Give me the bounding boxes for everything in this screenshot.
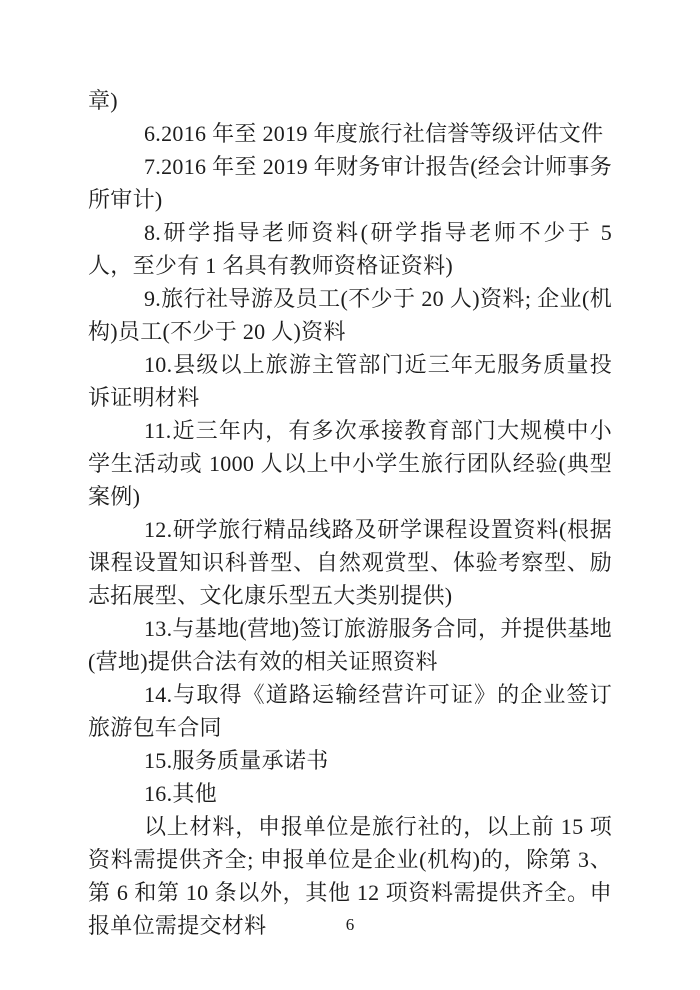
list-item-13: 13.与基地(营地)签订旅游服务合同，并提供基地(营地)提供合法有效的相关证照资… bbox=[88, 612, 612, 678]
document-body: 章) 6.2016 年至 2019 年度旅行社信誉等级评估文件 7.2016 年… bbox=[88, 84, 612, 942]
list-item-14: 14.与取得《道路运输经营许可证》的企业签订旅游包车合同 bbox=[88, 678, 612, 744]
list-item-7: 7.2016 年至 2019 年财务审计报告(经会计师事务所审计) bbox=[88, 150, 612, 216]
paragraph-continuation: 章) bbox=[88, 84, 612, 117]
list-item-16: 16.其他 bbox=[88, 777, 612, 810]
list-item-8: 8.研学指导老师资料(研学指导老师不少于 5 人，至少有 1 名具有教师资格证资… bbox=[88, 216, 612, 282]
list-item-6: 6.2016 年至 2019 年度旅行社信誉等级评估文件 bbox=[88, 117, 612, 150]
list-item-9: 9.旅行社导游及员工(不少于 20 人)资料; 企业(机构)员工(不少于 20 … bbox=[88, 282, 612, 348]
list-item-10: 10.县级以上旅游主管部门近三年无服务质量投诉证明材料 bbox=[88, 348, 612, 414]
list-item-15: 15.服务质量承诺书 bbox=[88, 744, 612, 777]
list-item-12: 12.研学旅行精品线路及研学课程设置资料(根据课程设置知识科普型、自然观赏型、体… bbox=[88, 513, 612, 612]
page-number: 6 bbox=[0, 912, 700, 938]
document-page: 章) 6.2016 年至 2019 年度旅行社信誉等级评估文件 7.2016 年… bbox=[0, 0, 700, 990]
list-item-11: 11.近三年内，有多次承接教育部门大规模中小学生活动或 1000 人以上中小学生… bbox=[88, 414, 612, 513]
